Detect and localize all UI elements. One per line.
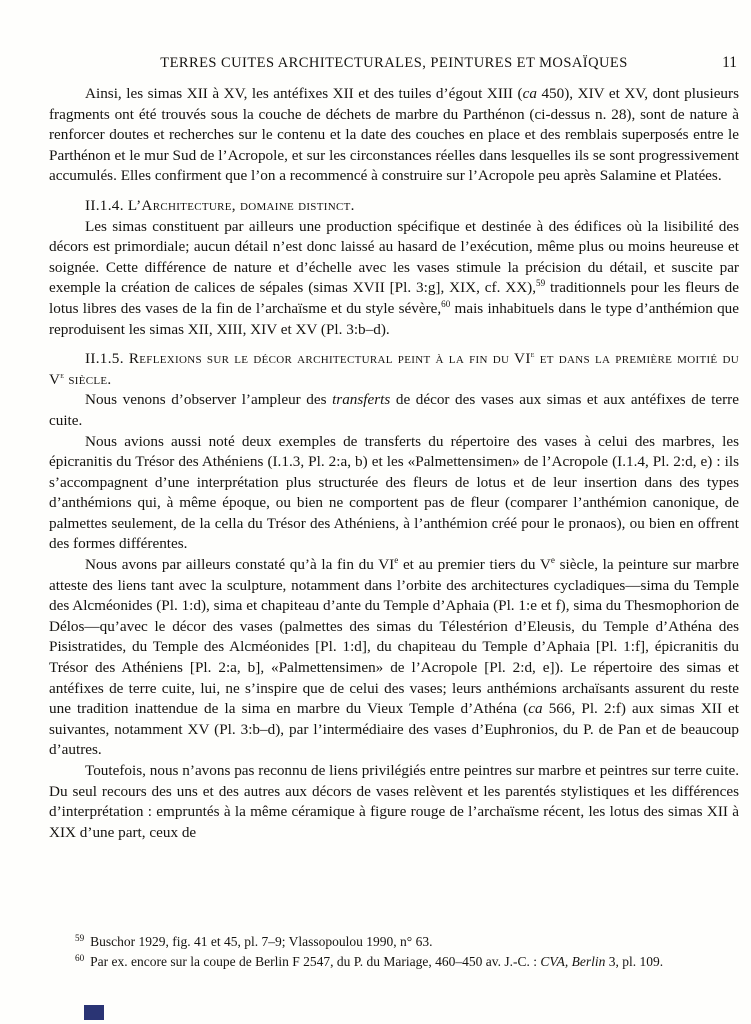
footnotes: 59Buschor 1929, fig. 41 et 45, pl. 7–9; … <box>49 932 739 972</box>
paragraph: Nous avons par ailleurs constaté qu’à la… <box>49 555 739 761</box>
footnote-text: Buschor 1929, fig. 41 et 45, pl. 7–9; Vl… <box>90 934 432 949</box>
document-page: TERRES CUITES ARCHITECTURALES, PEINTURES… <box>0 0 751 1024</box>
scan-artifact-mark <box>84 1005 104 1020</box>
paragraph: Nous venons d’observer l’ampleur des tra… <box>49 390 739 431</box>
footnote-number: 59 <box>75 933 84 943</box>
paragraph: Nous avions aussi noté deux exemples de … <box>49 432 739 556</box>
page-header: TERRES CUITES ARCHITECTURALES, PEINTURES… <box>49 55 739 75</box>
footnote: 60Par ex. encore sur la coupe de Berlin … <box>49 952 739 972</box>
footnote-number: 60 <box>75 953 84 963</box>
paragraph: Toutefois, nous n’avons pas reconnu de l… <box>49 761 739 843</box>
footnote: 59Buschor 1929, fig. 41 et 45, pl. 7–9; … <box>49 932 739 952</box>
page-number: 11 <box>722 54 737 72</box>
paragraph: Ainsi, les simas XII à XV, les antéfixes… <box>49 84 739 187</box>
running-head: TERRES CUITES ARCHITECTURALES, PEINTURES… <box>49 55 739 72</box>
paragraph: Les simas constituent par ailleurs une p… <box>49 217 739 341</box>
section-heading: II.1.5. Reflexions sur le décor architec… <box>49 349 739 390</box>
section-heading: II.1.4. L’Architecture, domaine distinct… <box>49 196 739 217</box>
footnote-text: Par ex. encore sur la coupe de Berlin F … <box>90 954 663 969</box>
body-text: Ainsi, les simas XII à XV, les antéfixes… <box>49 84 739 843</box>
